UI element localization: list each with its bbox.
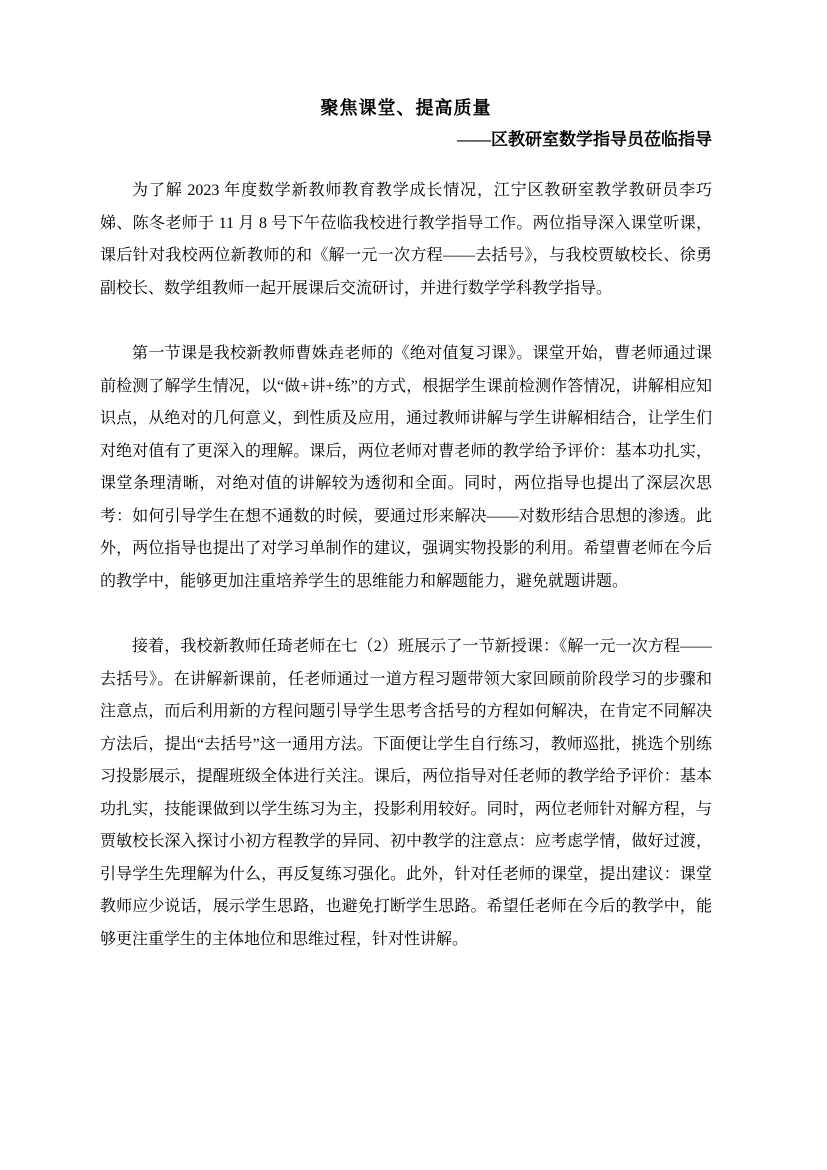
paragraph-second-lesson: 接着，我校新教师任琦老师在七（2）班展示了一节新授课：《解一元一次方程——去括号… xyxy=(100,631,712,956)
document-content: 聚焦课堂、提高质量 ——区教研室数学指导员莅临指导 为了解 2023 年度数学新… xyxy=(100,93,712,956)
document-title: 聚焦课堂、提高质量 xyxy=(100,93,712,124)
document-body: 为了解 2023 年度数学新教师教育教学成长情况，江宁区教研室教学教研员李巧娣、… xyxy=(100,175,712,956)
document-page: 聚焦课堂、提高质量 ——区教研室数学指导员莅临指导 为了解 2023 年度数学新… xyxy=(0,0,827,1170)
paragraph-first-lesson: 第一节课是我校新教师曹姝垚老师的《绝对值复习课》。课堂开始，曹老师通过课前检测了… xyxy=(100,338,712,598)
paragraph-intro: 为了解 2023 年度数学新教师教育教学成长情况，江宁区教研室教学教研员李巧娣、… xyxy=(100,175,712,305)
document-subtitle: ——区教研室数学指导员莅临指导 xyxy=(100,124,712,155)
